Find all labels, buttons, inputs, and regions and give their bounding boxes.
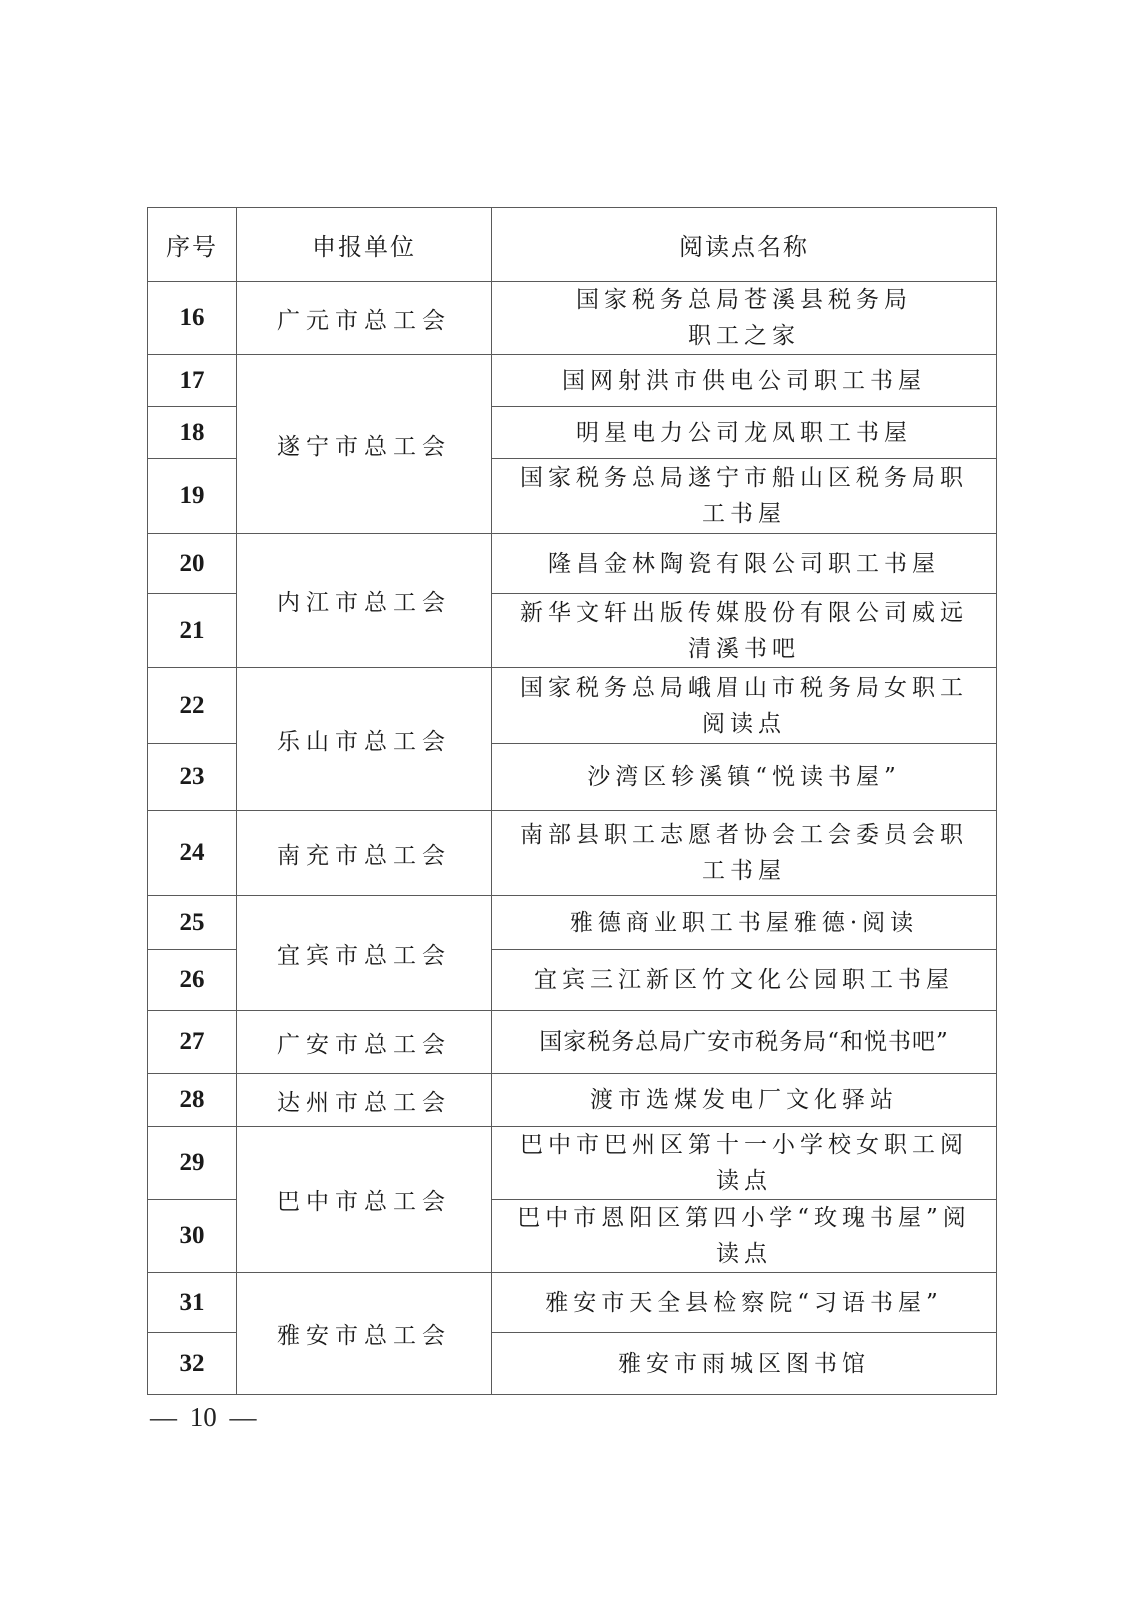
reading-points-table: 序号 申报单位 阅读点名称 16 广元市总工会 国家税务总局苍溪县税务局职工之家… — [147, 207, 997, 1395]
reading-point-name: 雅德商业职工书屋雅德·阅读 — [492, 896, 997, 950]
reporting-unit: 广安市总工会 — [237, 1011, 492, 1074]
row-number: 22 — [148, 668, 237, 744]
row-number: 29 — [148, 1127, 237, 1200]
reading-point-name: 南部县职工志愿者协会工会委员会职工书屋 — [492, 811, 997, 896]
reading-point-name: 国家税务总局峨眉山市税务局女职工阅读点 — [492, 668, 997, 744]
row-number: 30 — [148, 1200, 237, 1273]
reporting-unit: 广元市总工会 — [237, 282, 492, 355]
reporting-unit: 南充市总工会 — [237, 811, 492, 896]
reporting-unit: 达州市总工会 — [237, 1074, 492, 1127]
row-number: 19 — [148, 459, 237, 534]
reading-point-name: 宜宾三江新区竹文化公园职工书屋 — [492, 950, 997, 1011]
reading-point-name: 明星电力公司龙凤职工书屋 — [492, 407, 997, 459]
table-row: 25 宜宾市总工会 雅德商业职工书屋雅德·阅读 — [148, 896, 997, 950]
row-number: 28 — [148, 1074, 237, 1127]
reading-point-name: 沙湾区轸溪镇“悦读书屋” — [492, 744, 997, 811]
page-number: — 10 — — [150, 1402, 257, 1433]
row-number: 26 — [148, 950, 237, 1011]
table-row: 22 乐山市总工会 国家税务总局峨眉山市税务局女职工阅读点 — [148, 668, 997, 744]
reading-point-name: 渡市选煤发电厂文化驿站 — [492, 1074, 997, 1127]
table-header-row: 序号 申报单位 阅读点名称 — [148, 208, 997, 282]
reading-point-name: 巴中市恩阳区第四小学“玫瑰书屋”阅读点 — [492, 1200, 997, 1273]
table-row: 20 内江市总工会 隆昌金林陶瓷有限公司职工书屋 — [148, 534, 997, 594]
reading-point-name: 国网射洪市供电公司职工书屋 — [492, 355, 997, 407]
reading-point-name: 国家税务总局遂宁市船山区税务局职工书屋 — [492, 459, 997, 534]
header-seq: 序号 — [148, 208, 237, 282]
reading-point-name: 隆昌金林陶瓷有限公司职工书屋 — [492, 534, 997, 594]
reading-point-name: 新华文轩出版传媒股份有限公司威远清溪书吧 — [492, 594, 997, 668]
row-number: 25 — [148, 896, 237, 950]
reading-point-name: 国家税务总局苍溪县税务局职工之家 — [492, 282, 997, 355]
reading-point-name: 国家税务总局广安市税务局“和悦书吧” — [492, 1011, 997, 1074]
table-row: 27 广安市总工会 国家税务总局广安市税务局“和悦书吧” — [148, 1011, 997, 1074]
row-number: 24 — [148, 811, 237, 896]
reporting-unit: 宜宾市总工会 — [237, 896, 492, 1011]
header-name: 阅读点名称 — [492, 208, 997, 282]
reporting-unit: 遂宁市总工会 — [237, 355, 492, 534]
table-row: 28 达州市总工会 渡市选煤发电厂文化驿站 — [148, 1074, 997, 1127]
reporting-unit: 乐山市总工会 — [237, 668, 492, 811]
row-number: 17 — [148, 355, 237, 407]
table-row: 29 巴中市总工会 巴中市巴州区第十一小学校女职工阅读点 — [148, 1127, 997, 1200]
row-number: 16 — [148, 282, 237, 355]
header-unit: 申报单位 — [237, 208, 492, 282]
row-number: 23 — [148, 744, 237, 811]
row-number: 32 — [148, 1333, 237, 1395]
reading-point-name: 巴中市巴州区第十一小学校女职工阅读点 — [492, 1127, 997, 1200]
reporting-unit: 雅安市总工会 — [237, 1273, 492, 1395]
row-number: 31 — [148, 1273, 237, 1333]
row-number: 20 — [148, 534, 237, 594]
reading-point-name: 雅安市天全县检察院“习语书屋” — [492, 1273, 997, 1333]
row-number: 18 — [148, 407, 237, 459]
row-number: 21 — [148, 594, 237, 668]
row-number: 27 — [148, 1011, 237, 1074]
reporting-unit: 巴中市总工会 — [237, 1127, 492, 1273]
table-row: 31 雅安市总工会 雅安市天全县检察院“习语书屋” — [148, 1273, 997, 1333]
reading-point-name: 雅安市雨城区图书馆 — [492, 1333, 997, 1395]
table-row: 16 广元市总工会 国家税务总局苍溪县税务局职工之家 — [148, 282, 997, 355]
reporting-unit: 内江市总工会 — [237, 534, 492, 668]
table-row: 17 遂宁市总工会 国网射洪市供电公司职工书屋 — [148, 355, 997, 407]
table-row: 24 南充市总工会 南部县职工志愿者协会工会委员会职工书屋 — [148, 811, 997, 896]
